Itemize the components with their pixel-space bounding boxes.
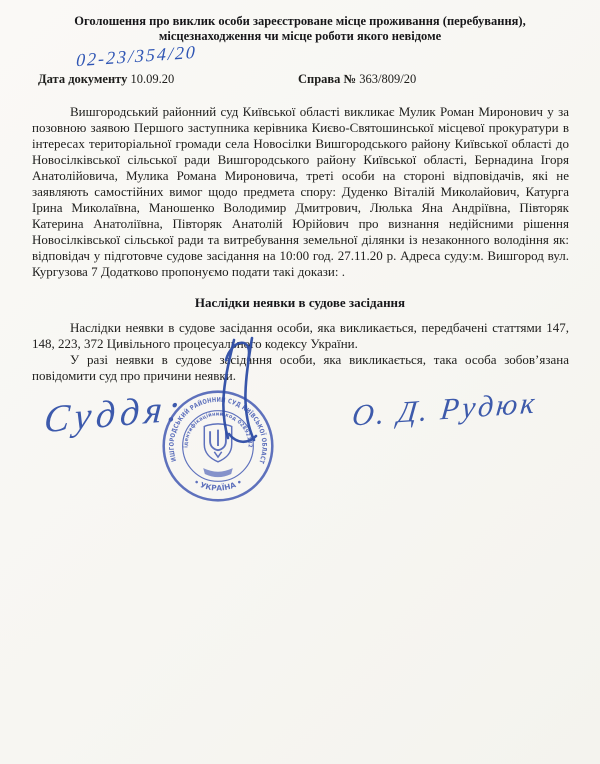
case-number-value: 363/809/20 — [359, 72, 416, 86]
seal-banner — [203, 468, 233, 477]
case-number: Справа № 363/809/20 — [298, 72, 416, 87]
consequences-block: Наслідки неявки в судове засідання особи… — [32, 320, 569, 384]
document-title-line2: місцезнаходження чи місце роботи якого н… — [50, 29, 550, 44]
seal-country-text: • УКРАЇНА • — [192, 477, 243, 492]
document-title-line1: Оголошення про виклик особи зареєстрован… — [50, 14, 550, 29]
document-title: Оголошення про виклик особи зареєстрован… — [50, 14, 550, 43]
consequences-paragraph-2: У разі неявки в судове засідання особи, … — [32, 352, 569, 384]
date-value: 10.09.20 — [131, 72, 175, 86]
svg-text:• УКРАЇНА •: • УКРАЇНА • — [192, 477, 243, 492]
summons-paragraph: Вишгородський районний суд Київської обл… — [32, 104, 569, 280]
section-heading: Наслідки неявки в судове засідання — [0, 295, 600, 311]
date-label: Дата документу — [38, 72, 127, 86]
handwritten-case-index: 02-23/354/20 — [76, 42, 197, 72]
case-number-label: Справа № — [298, 72, 356, 86]
consequences-paragraph-1: Наслідки неявки в судове засідання особи… — [32, 320, 569, 352]
document-date: Дата документу 10.09.20 — [38, 72, 174, 87]
pen-flourish — [196, 332, 286, 448]
document-page: Оголошення про виклик особи зареєстрован… — [0, 0, 600, 764]
judge-signature-name: О. Д. Рудюк — [350, 386, 539, 433]
